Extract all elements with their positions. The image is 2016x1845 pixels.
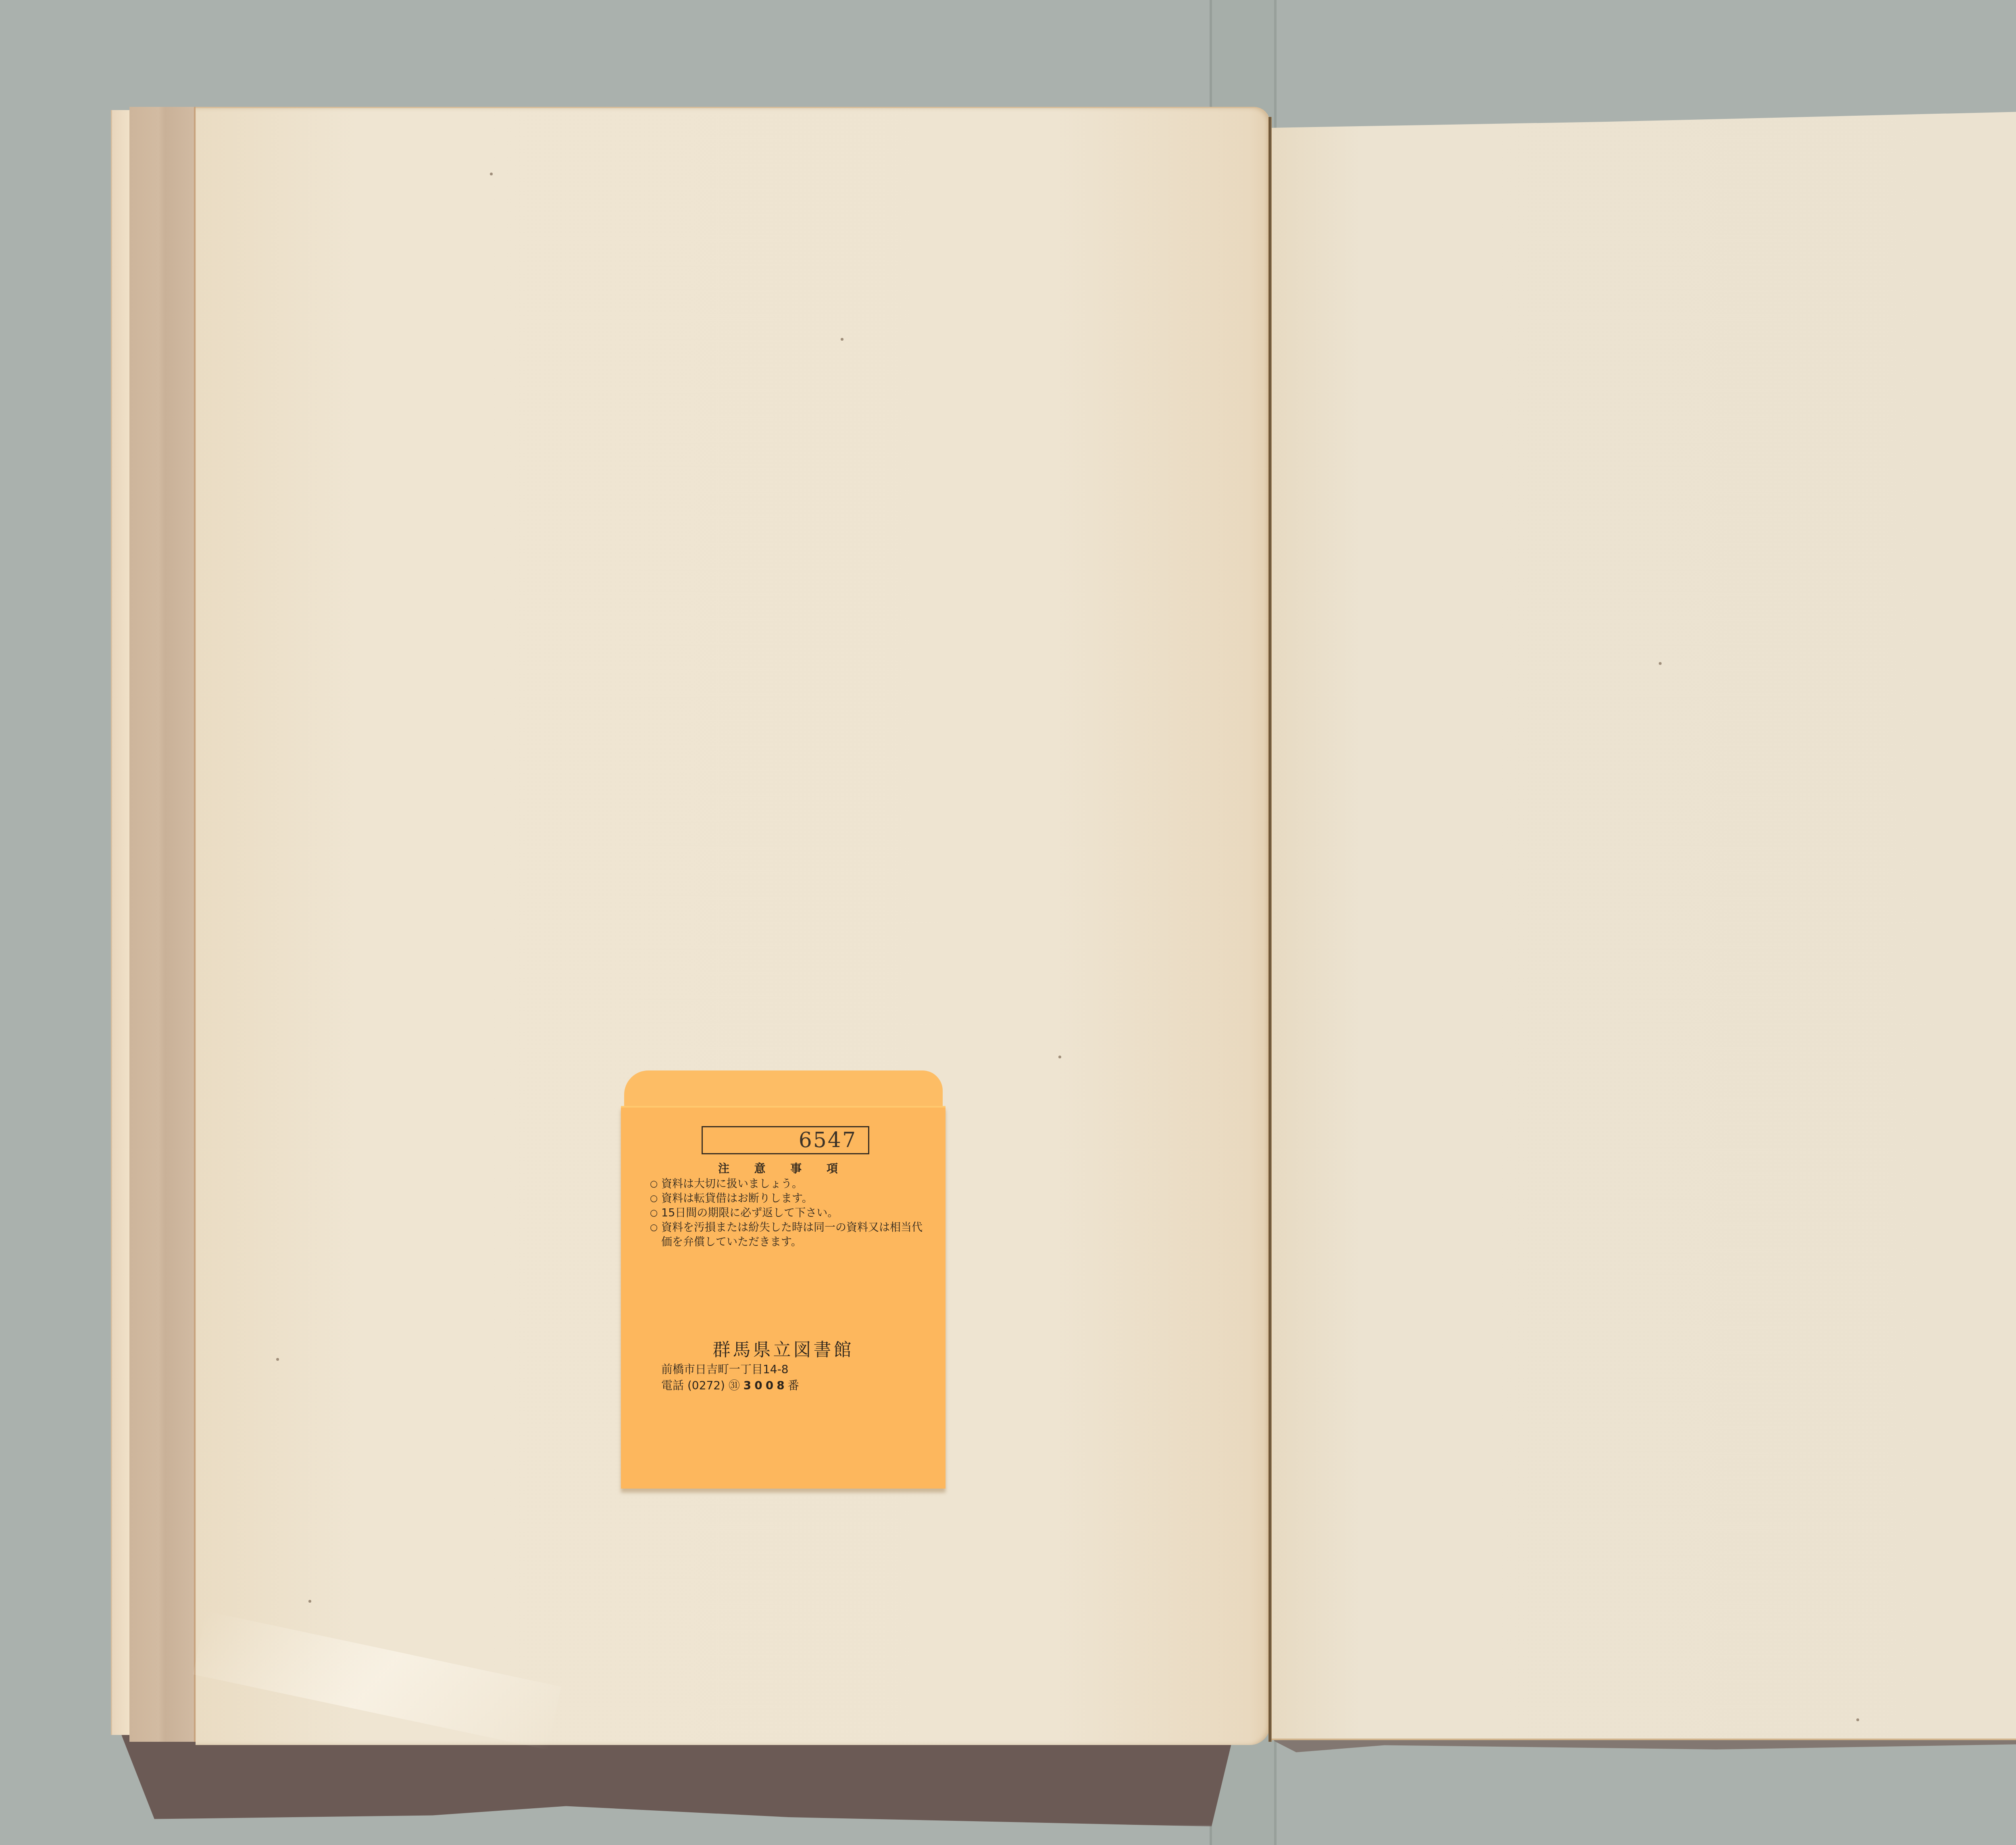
circle-bullet-icon: ○ bbox=[650, 1220, 658, 1235]
left-page[interactable] bbox=[196, 107, 1270, 1745]
library-name: 群馬県立図書館 bbox=[621, 1335, 946, 1361]
pocket-card-tab[interactable] bbox=[624, 1070, 943, 1111]
call-number: 6547 bbox=[799, 1128, 857, 1152]
phone-area-code: (0272) bbox=[687, 1379, 725, 1392]
library-phone: 電話 (0272) ㉛ 3008番 bbox=[661, 1377, 799, 1393]
notice-text: 資料は転貸借はお断りします。 bbox=[661, 1192, 813, 1205]
notice-text: 資料は大切に扱いましょう。 bbox=[661, 1178, 803, 1190]
notice-heading: 注 意 事 項 bbox=[621, 1160, 946, 1176]
cover-edge bbox=[111, 110, 131, 1735]
paper-speck bbox=[1856, 1718, 1859, 1721]
phone-suffix: 番 bbox=[788, 1379, 799, 1392]
notice-list: ○ 資料は大切に扱いましょう。 ○ 資料は転貸借はお断りします。 ○ 15日間の… bbox=[650, 1177, 932, 1249]
notice-item: ○ 15日間の期限に必ず返して下さい。 bbox=[650, 1206, 932, 1220]
paper-speck bbox=[841, 338, 843, 341]
circle-bullet-icon: ○ bbox=[650, 1206, 658, 1220]
paper-speck bbox=[276, 1358, 279, 1361]
right-page[interactable] bbox=[1272, 106, 2016, 1740]
circle-bullet-icon: ○ bbox=[650, 1191, 658, 1206]
notice-text: 資料を汚損または紛失した時は同一の資料又は相当代価を弁償していただきます。 bbox=[661, 1221, 923, 1248]
book-gutter bbox=[1268, 117, 1272, 1742]
phone-label: 電話 bbox=[661, 1379, 684, 1392]
circle-bullet-icon: ○ bbox=[650, 1177, 658, 1191]
spine-strip bbox=[129, 107, 196, 1742]
notice-item: ○ 資料は転貸借はお断りします。 bbox=[650, 1191, 932, 1206]
left-book-block bbox=[111, 107, 1270, 1744]
pocket-front: 6547 注 意 事 項 ○ 資料は大切に扱いましょう。 ○ 資料は転貸借はお断… bbox=[621, 1106, 946, 1489]
library-address: 前橋市日吉町一丁目14-8 bbox=[661, 1361, 789, 1377]
paper-speck bbox=[490, 173, 493, 175]
call-number-box: 6547 bbox=[702, 1126, 869, 1154]
paper-speck bbox=[308, 1600, 311, 1603]
phone-exchange: ㉛ bbox=[729, 1379, 740, 1392]
library-card-pocket[interactable]: 6547 注 意 事 項 ○ 資料は大切に扱いましょう。 ○ 資料は転貸借はお断… bbox=[621, 1070, 946, 1490]
notice-item: ○ 資料は大切に扱いましょう。 bbox=[650, 1177, 932, 1191]
book-shadow-left bbox=[121, 1734, 1234, 1826]
paper-speck bbox=[1058, 1056, 1061, 1058]
notice-item: ○ 資料を汚損または紛失した時は同一の資料又は相当代価を弁償していただきます。 bbox=[650, 1220, 932, 1249]
notice-text: 15日間の期限に必ず返して下さい。 bbox=[661, 1207, 838, 1219]
page-crease bbox=[193, 1611, 561, 1750]
paper-speck bbox=[1659, 662, 1662, 665]
phone-number: 3008 bbox=[744, 1379, 788, 1392]
